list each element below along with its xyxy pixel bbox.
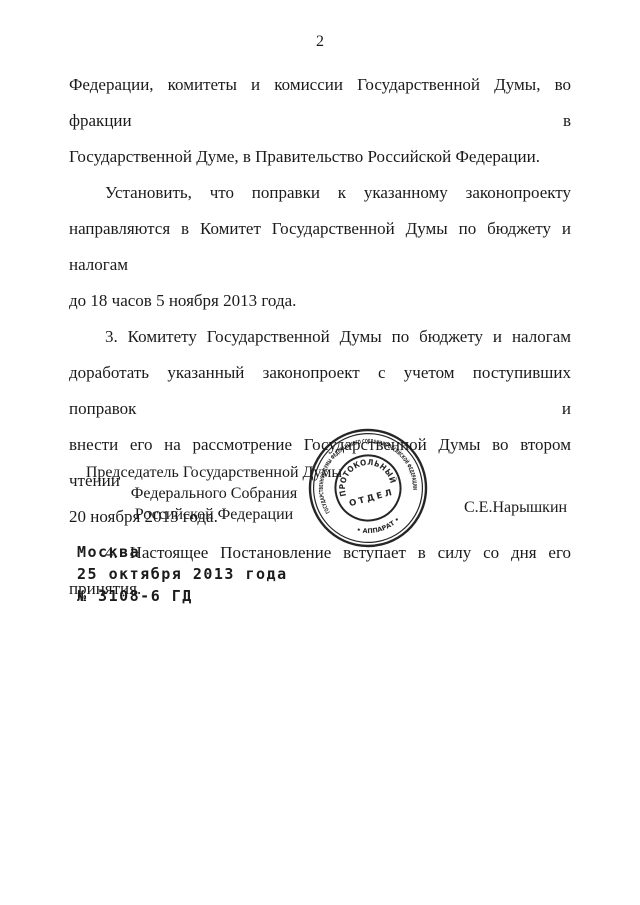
page-number: 2 [0,33,640,51]
footer-number: № 3108-6 ГД [77,585,288,607]
paragraph: Федерации, комитеты и комиссии Государст… [69,67,571,175]
document-line: до 18 часов 5 ноября 2013 года. [69,283,571,319]
document-line: Федерации, комитеты и комиссии Государст… [69,67,571,139]
footer-date: 25 октября 2013 года [77,563,288,585]
stamp-center-text: ОТДЕЛ [348,488,395,510]
document-line: доработать указанный законопроект с учет… [69,355,571,427]
footer-city: Москва [77,541,288,563]
signatory-name: С.Е.Нарышкин [464,499,567,517]
document-page: 2 Федерации, комитеты и комиссии Государ… [0,0,640,905]
paragraph: Установить, что поправки к указанному за… [69,175,571,319]
official-stamp-icon: ГОСУДАРСТВЕННОЙ ДУМЫ ФЕДЕРАЛЬНОГО СОБРАН… [306,426,430,550]
document-line: направляются в Комитет Государственной Д… [69,211,571,283]
document-line: 3. Комитету Государственной Думы по бюдж… [69,319,571,355]
document-footer: Москва 25 октября 2013 года № 3108-6 ГД [77,541,288,607]
document-line: Установить, что поправки к указанному за… [69,175,571,211]
document-line: Государственной Думе, в Правительство Ро… [69,139,571,175]
